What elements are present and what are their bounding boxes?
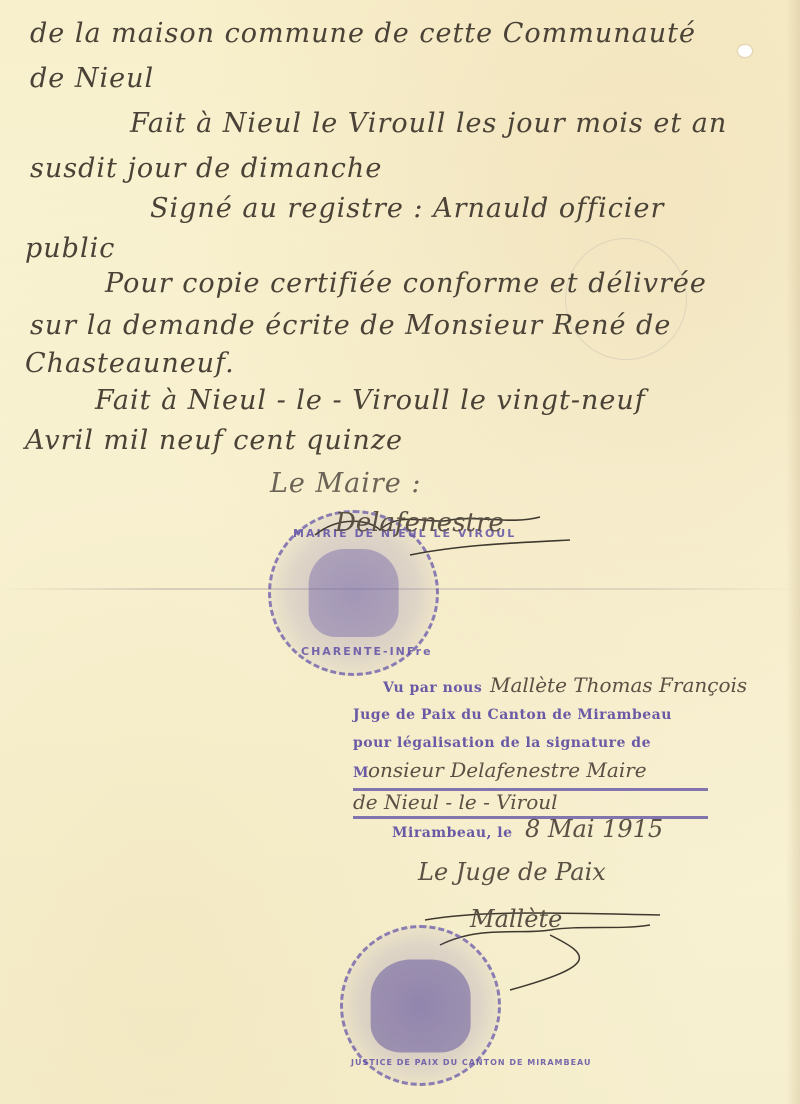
- legal-stamp-juge: Juge de Paix du Canton de Mirambeau: [353, 707, 672, 723]
- mayor-signature-text: Delafenestre: [335, 508, 504, 538]
- seal-emblem-icon: [370, 959, 471, 1052]
- seal-text-bottom: CHARENTE-INFre: [301, 645, 433, 658]
- judge-seal: JUSTICE DE PAIX DU CANTON DE MIRAMBEAU: [340, 925, 501, 1086]
- legal-hand-commune: de Nieul - le - Viroul: [353, 790, 558, 814]
- body-line: Pour copie certifiée conforme et délivré…: [105, 268, 707, 299]
- document-page: de la maison commune de cette Communauté…: [0, 0, 800, 1104]
- body-line: Fait à Nieul - le - Viroull le vingt-neu…: [95, 385, 646, 416]
- body-line: Signé au registre : Arnauld officier: [150, 193, 664, 224]
- legal-hand-date: 8 Mai 1915: [525, 815, 663, 843]
- body-line: Chasteauneuf.: [25, 348, 235, 379]
- judge-name-hand: Mallète Thomas François: [490, 673, 747, 697]
- mayor-title: Le Maire :: [270, 468, 421, 499]
- legal-stamp-pour: pour légalisation de la signature de: [353, 735, 651, 751]
- body-line: de Nieul: [30, 63, 154, 94]
- legal-stamp-place: Mirambeau, le: [392, 825, 513, 841]
- legal-stamp-vu: Vu par nous: [383, 680, 482, 696]
- judge-title: Le Juge de Paix: [418, 858, 606, 886]
- body-line: public: [25, 233, 115, 264]
- body-line: susdit jour de dimanche: [30, 153, 382, 184]
- body-line: de la maison commune de cette Communauté: [30, 18, 696, 49]
- body-line: sur la demande écrite de Monsieur René d…: [30, 310, 671, 341]
- paper-hole: [738, 45, 752, 57]
- seal-text: JUSTICE DE PAIX DU CANTON DE MIRAMBEAU: [351, 1058, 592, 1067]
- legal-hand-monsieur: onsieur Delafenestre Maire: [368, 758, 647, 782]
- body-line: Fait à Nieul le Viroull les jour mois et…: [130, 108, 727, 139]
- judge-signature-text: Mallète: [470, 905, 562, 933]
- legal-stamp-m: M: [353, 765, 369, 781]
- body-line: Avril mil neuf cent quinze: [25, 425, 403, 456]
- paper-edge: [786, 0, 800, 1104]
- blind-embossed-stamp: [565, 238, 687, 360]
